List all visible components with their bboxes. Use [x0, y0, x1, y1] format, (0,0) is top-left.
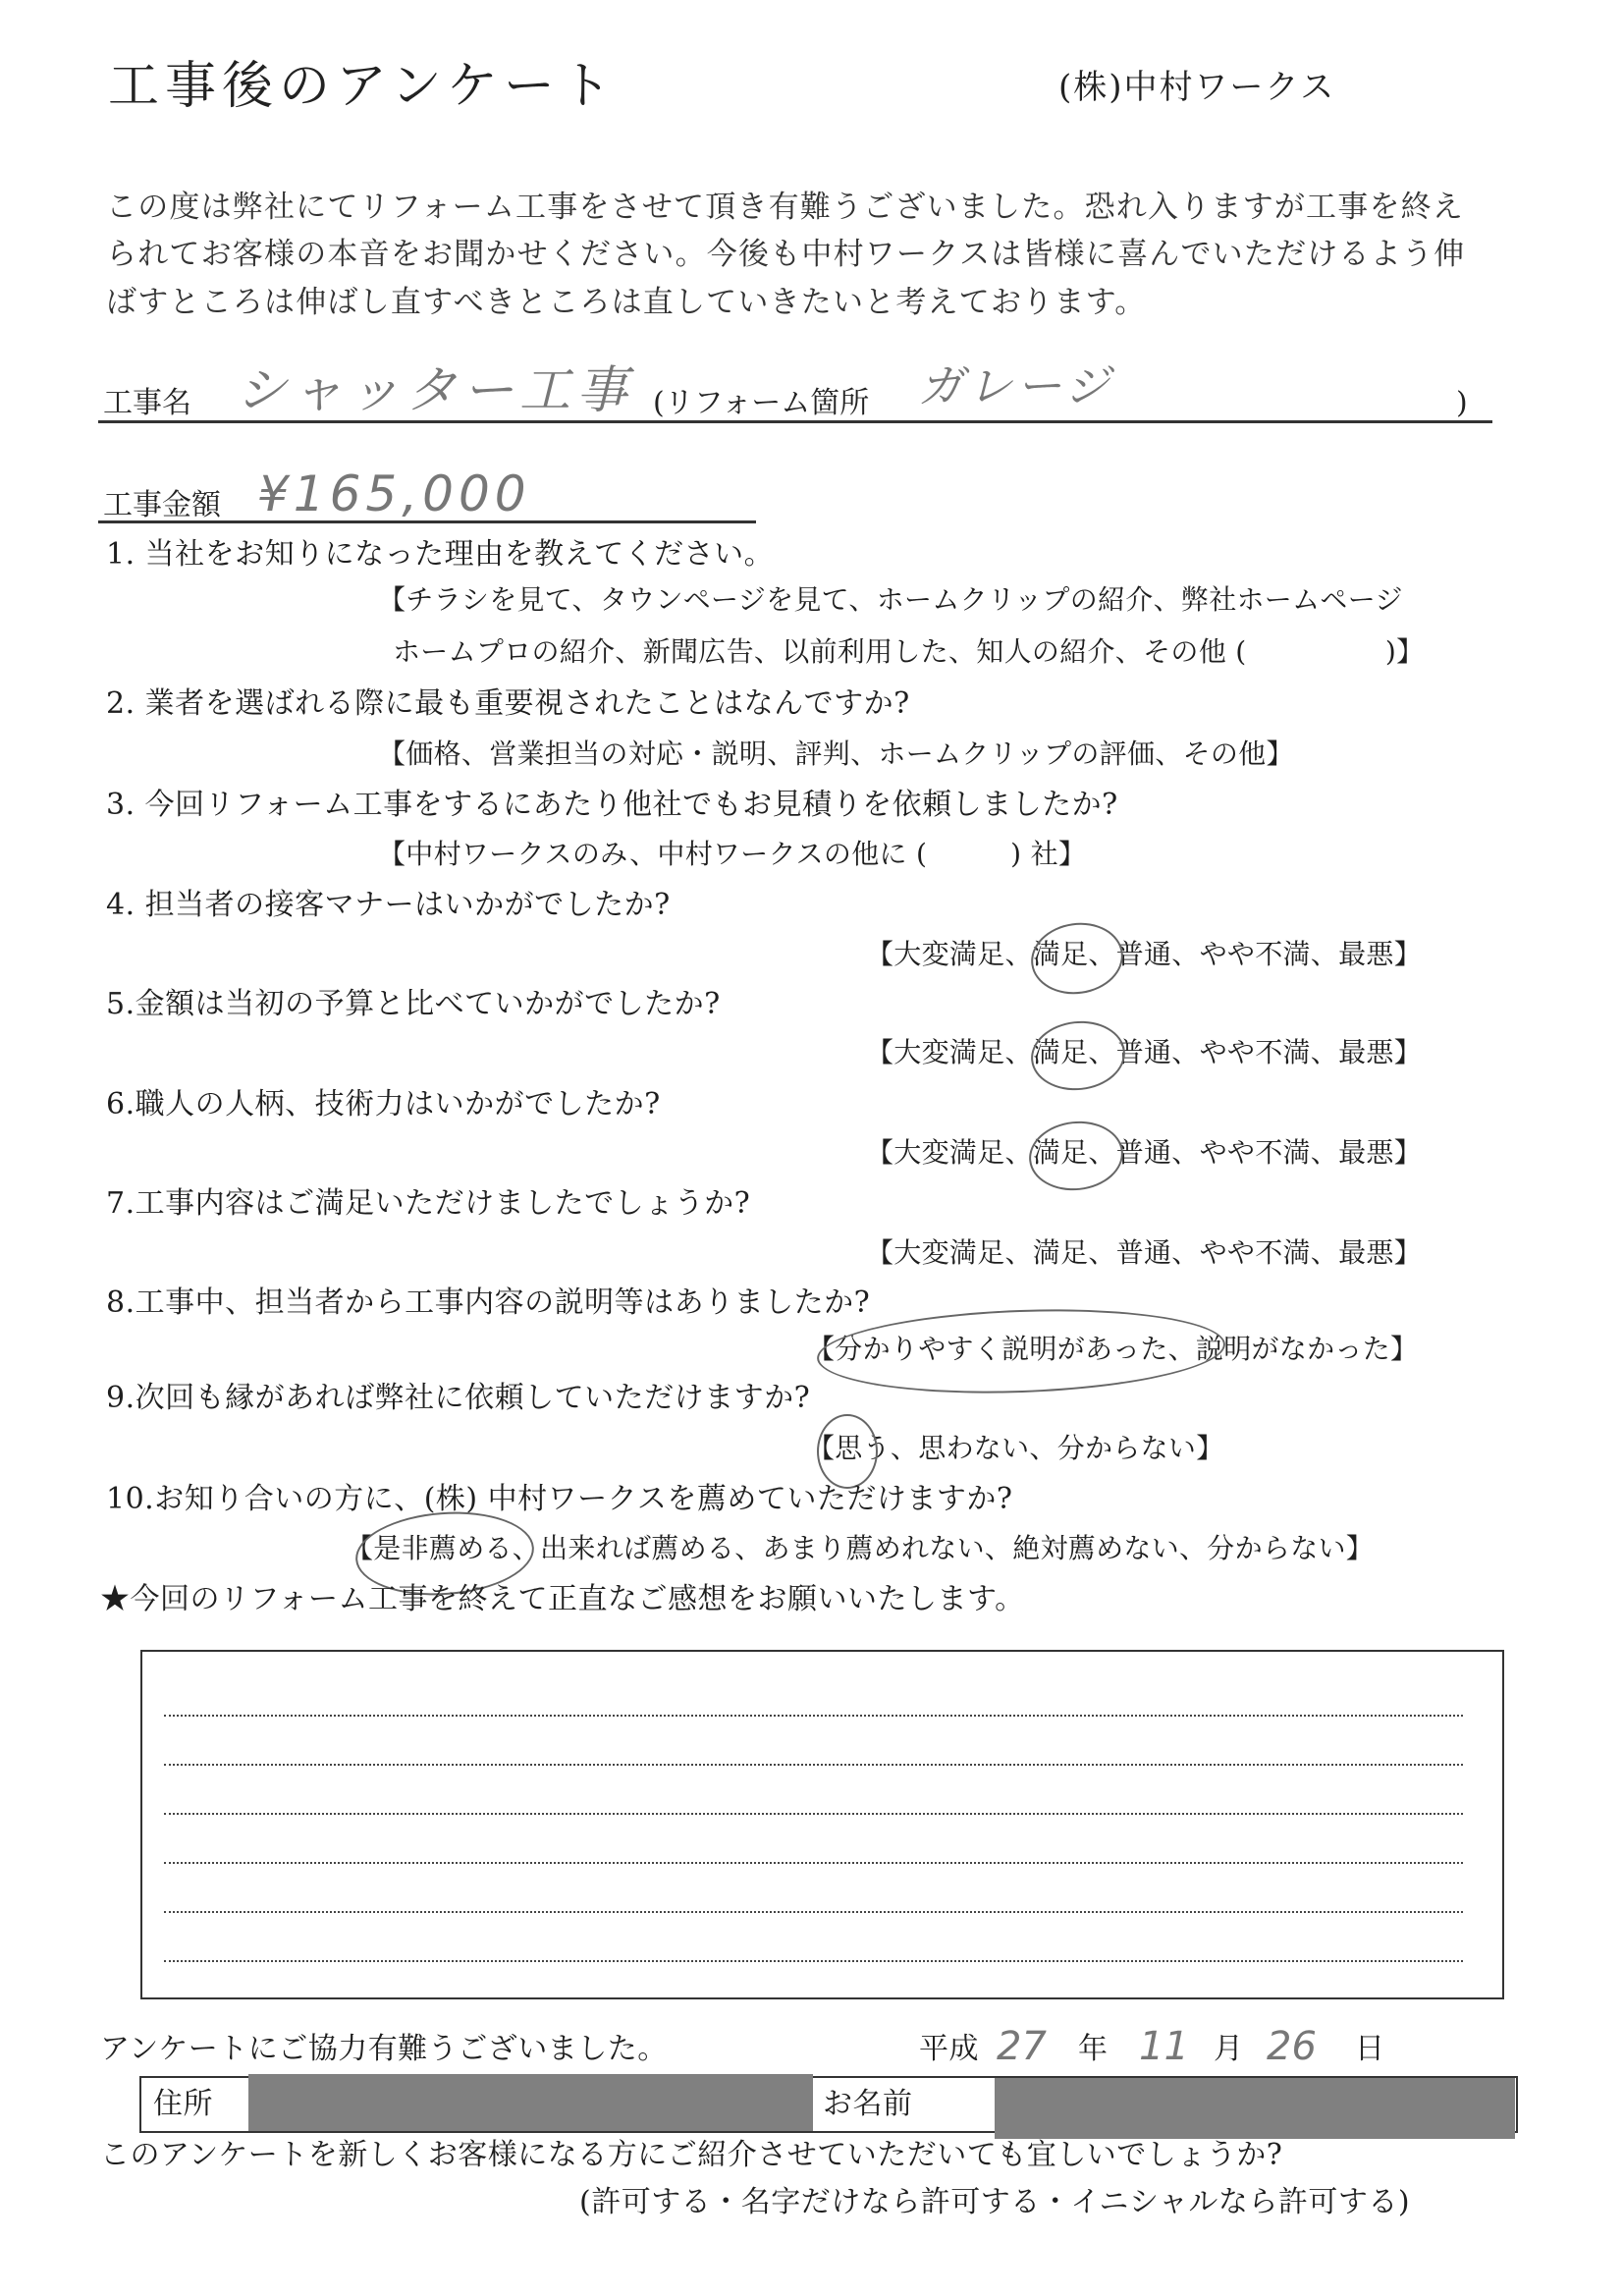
question-6: 6.職人の人柄、技術力はいかがでしたか?	[106, 1090, 661, 1120]
amount-label: 工事金額	[103, 491, 221, 520]
question-1: 1. 当社をお知りになった理由を教えてください。	[106, 540, 774, 570]
permission-question: このアンケートを新しくお客様になる方にご紹介させていただいても宜しいでしょうか?	[100, 2141, 1282, 2170]
question-1-options-line-1[interactable]: 【チラシを見て、タウンページを見て、ホームクリップの紹介、弊社ホームページ	[378, 586, 1403, 614]
comment-line-1	[164, 1715, 1463, 1717]
location-close-paren: )	[1456, 389, 1468, 418]
project-name-label: 工事名	[103, 389, 191, 418]
company-name: (株)中村ワークス	[1058, 71, 1335, 104]
question-5-selection-circle	[1028, 1016, 1129, 1095]
name-label: お名前	[823, 2090, 913, 2119]
amount-field[interactable]: ¥165,000	[257, 469, 531, 519]
intro-line-3: ばすところは伸ばし直すべきところは直していきたいと考えております。	[106, 288, 1147, 318]
thanks-text: アンケートにご協力有難うございました。	[100, 2035, 668, 2064]
date-era: 平成	[919, 2035, 979, 2064]
comment-line-2	[164, 1764, 1463, 1766]
intro-line-2: られてお客様の本音をお聞かせください。今後も中村ワークスは皆様に喜んでいただける…	[106, 240, 1465, 270]
comments-prompt: ★今回のリフォーム工事を終えて正直なご感想をお願いいたします。	[100, 1585, 1025, 1614]
question-8-selection-circle	[816, 1303, 1227, 1399]
question-7: 7.工事内容はご満足いただけましたでしょうか?	[106, 1189, 750, 1219]
question-5: 5.金額は当初の予算と比べていかがでしたか?	[106, 990, 721, 1019]
question-4-selection-circle	[1026, 917, 1127, 1000]
amount-underline	[98, 520, 756, 523]
date-day-field[interactable]: 26	[1267, 2027, 1317, 2066]
question-6-options[interactable]: 【大変満足、満足、普通、やや不満、最悪】	[866, 1139, 1422, 1167]
question-9-selection-circle	[817, 1414, 878, 1489]
question-6-selection-circle	[1026, 1117, 1127, 1195]
question-4: 4. 担当者の接客マナーはいかがでしたか?	[106, 891, 671, 920]
question-3: 3. 今回リフォーム工事をするにあたり他社でもお見積りを依頼しましたか?	[106, 791, 1118, 820]
date-day-label: 日	[1355, 2035, 1385, 2064]
question-3-options[interactable]: 【中村ワークスのみ、中村ワークスの他に ( ) 社】	[378, 841, 1086, 868]
date-year-field[interactable]: 27	[997, 2027, 1047, 2066]
intro-line-1: この度は弊社にてリフォーム工事をさせて頂き有難うございました。恐れ入りますが工事…	[106, 192, 1464, 223]
question-2-options[interactable]: 【価格、営業担当の対応・説明、評判、ホームクリップの評価、その他】	[378, 740, 1294, 768]
date-year-label: 年	[1078, 2035, 1109, 2064]
name-redacted-field[interactable]	[995, 2078, 1515, 2139]
question-8: 8.工事中、担当者から工事内容の説明等はありましたか?	[106, 1288, 870, 1318]
permission-options[interactable]: (許可する・名字だけなら許可する・イニシャルなら許可する)	[579, 2188, 1410, 2217]
question-10: 10.お知り合いの方に、(株) 中村ワークスを薦めていただけますか?	[106, 1485, 1012, 1514]
project-name-field[interactable]: シャッター工事	[236, 365, 633, 416]
page-title: 工事後のアンケート	[108, 61, 618, 112]
question-4-options[interactable]: 【大変満足、満足、普通、やや不満、最悪】	[866, 941, 1422, 968]
comment-line-4	[164, 1862, 1463, 1864]
date-month-label: 月	[1214, 2035, 1244, 2064]
date-month-field[interactable]: 11	[1139, 2027, 1189, 2066]
location-label: (リフォーム箇所	[653, 389, 869, 418]
comment-line-6	[164, 1960, 1463, 1962]
comments-box[interactable]	[140, 1650, 1504, 1999]
question-1-options-line-2[interactable]: ホームプロの紹介、新聞広告、以前利用した、知人の紹介、その他 ( )】	[393, 638, 1424, 666]
comment-line-3	[164, 1813, 1463, 1815]
question-5-options[interactable]: 【大変満足、満足、普通、やや不満、最悪】	[866, 1039, 1422, 1066]
address-redacted-field[interactable]	[248, 2074, 813, 2131]
comment-line-5	[164, 1911, 1463, 1913]
project-name-underline	[98, 420, 1492, 423]
question-9: 9.次回も縁があれば弊社に依頼していただけますか?	[106, 1384, 810, 1413]
address-label: 住所	[153, 2090, 213, 2119]
location-field[interactable]: ガレージ	[918, 363, 1113, 409]
question-2: 2. 業者を選ばれる際に最も重要視されたことはなんですか?	[106, 689, 910, 719]
question-7-options[interactable]: 【大変満足、満足、普通、やや不満、最悪】	[866, 1239, 1422, 1267]
